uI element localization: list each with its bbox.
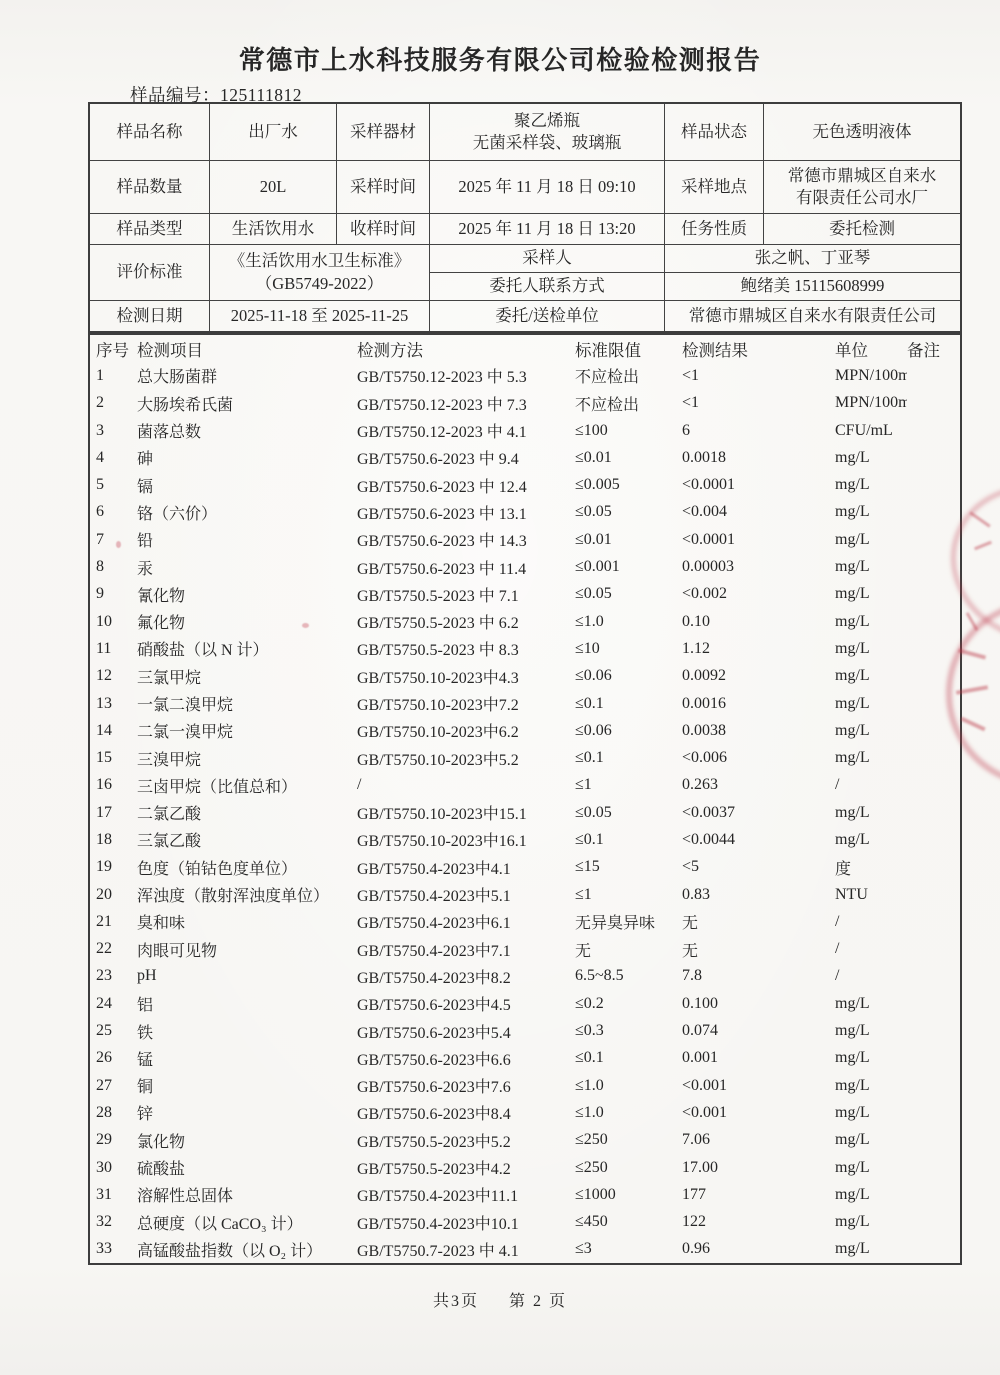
date-value: 2025-11-18 至 2025-11-25	[210, 301, 430, 331]
vessel-line2: 无菌采样袋、玻璃瓶	[473, 132, 622, 154]
col-item: 色度（铂钴色度单位）	[137, 856, 357, 879]
info-row-1: 样品名称 出厂水 采样器材 聚乙烯瓶 无菌采样袋、玻璃瓶 样品状态 无色透明液体	[90, 104, 960, 161]
col-method: GB/T5750.5-2023中5.2	[357, 1129, 575, 1152]
table-row: 4砷GB/T5750.6-2023 中 9.4≤0.010.0018mg/L	[90, 444, 960, 471]
col-result: <0.006	[682, 749, 835, 767]
table-row: 30硫酸盐GB/T5750.5-2023中4.2≤25017.00mg/L	[90, 1154, 960, 1181]
col-unit: mg/L	[835, 804, 907, 822]
col-index: 17	[90, 804, 137, 822]
location-line2: 有限责任公司水厂	[796, 187, 928, 209]
col-limit: 不应检出	[575, 392, 682, 415]
col-item: 三卤甲烷（比值总和）	[137, 774, 357, 797]
sampler-value: 张之帆、丁亚琴	[665, 245, 960, 273]
col-index: 26	[90, 1049, 137, 1067]
info-row-5: 检测日期 2025-11-18 至 2025-11-25 委托/送检单位 常德市…	[90, 301, 960, 331]
col-item: 高锰酸盐指数（以 O₂ 计）	[137, 1238, 357, 1261]
col-limit: ≤0.1	[575, 831, 682, 849]
col-limit: ≤250	[575, 1131, 682, 1149]
col-result: <1	[682, 394, 835, 412]
location-value: 常德市鼎城区自来水 有限责任公司水厂	[764, 161, 960, 214]
table-row: 11硝酸盐（以 N 计）GB/T5750.5-2023 中 8.3≤101.12…	[90, 635, 960, 662]
col-index: 21	[90, 913, 137, 931]
col-result: <0.0044	[682, 831, 835, 849]
col-result: 0.10	[682, 613, 835, 631]
table-row: 29氯化物GB/T5750.5-2023中5.2≤2507.06mg/L	[90, 1127, 960, 1154]
col-method: GB/T5750.6-2023 中 13.1	[357, 501, 575, 524]
col-method: GB/T5750.6-2023 中 11.4	[357, 556, 575, 579]
col-index: 18	[90, 831, 137, 849]
col-index: 22	[90, 940, 137, 958]
col-limit: ≤0.05	[575, 503, 682, 521]
stamp-mark	[969, 511, 990, 527]
table-row: 27铜GB/T5750.6-2023中7.6≤1.0<0.001mg/L	[90, 1072, 960, 1099]
header-item: 检测项目	[137, 337, 357, 361]
report-page: 常德市上水科技服务有限公司检验检测报告 样品编号：125111812 样品名称 …	[0, 0, 1000, 1375]
table-row: 24铝GB/T5750.6-2023中4.5≤0.20.100mg/L	[90, 990, 960, 1017]
col-index: 11	[90, 640, 137, 658]
report-title: 常德市上水科技服务有限公司检验检测报告	[0, 40, 1000, 77]
col-index: 29	[90, 1131, 137, 1149]
info-row-2: 样品数量 20L 采样时间 2025 年 11 月 18 日 09:10 采样地…	[90, 161, 960, 214]
col-item: 硫酸盐	[137, 1156, 357, 1179]
col-result: 0.263	[682, 776, 835, 794]
col-method: GB/T5750.12-2023 中 7.3	[357, 392, 575, 415]
col-item: 氟化物	[137, 610, 357, 633]
col-limit: ≤0.01	[575, 449, 682, 467]
col-limit: ≤0.001	[575, 558, 682, 576]
col-unit: MPN/100mL	[835, 367, 907, 385]
col-unit: mg/L	[835, 1077, 907, 1095]
table-row: 13一氯二溴甲烷GB/T5750.10-2023中7.2≤0.10.0016mg…	[90, 690, 960, 717]
client-label: 委托/送检单位	[430, 301, 665, 331]
col-result: 无	[682, 938, 835, 961]
col-method: GB/T5750.10-2023中15.1	[357, 801, 575, 824]
table-row: 32总硬度（以 CaCO₃ 计）GB/T5750.4-2023中10.1≤450…	[90, 1209, 960, 1236]
col-index: 15	[90, 749, 137, 767]
col-unit: mg/L	[835, 585, 907, 603]
col-item: 铜	[137, 1074, 357, 1097]
date-label: 检测日期	[90, 301, 210, 331]
stamp-mark	[966, 612, 979, 631]
col-result: <1	[682, 367, 835, 385]
col-unit: mg/L	[835, 476, 907, 494]
col-result: 0.96	[682, 1240, 835, 1258]
col-method: GB/T5750.4-2023中7.1	[357, 938, 575, 961]
col-limit: ≤450	[575, 1213, 682, 1231]
col-unit: mg/L	[835, 640, 907, 658]
table-row: 9氰化物GB/T5750.5-2023 中 7.1≤0.05<0.002mg/L	[90, 581, 960, 608]
col-item: 总硬度（以 CaCO₃ 计）	[137, 1211, 357, 1234]
col-limit: 无	[575, 938, 682, 961]
col-result: 17.00	[682, 1159, 835, 1177]
table-row: 31溶解性总固体GB/T5750.4-2023中11.1≤1000177mg/L	[90, 1181, 960, 1208]
col-item: 总大肠菌群	[137, 364, 357, 387]
table-row: 23pHGB/T5750.4-2023中8.26.5~8.57.8/	[90, 963, 960, 990]
col-limit: 无异臭异味	[575, 910, 682, 933]
table-row: 22肉眼可见物GB/T5750.4-2023中7.1无无/	[90, 936, 960, 963]
col-method: GB/T5750.4-2023中10.1	[357, 1211, 575, 1234]
col-method: GB/T5750.7-2023 中 4.1	[357, 1238, 575, 1261]
table-row: 12三氯甲烷GB/T5750.10-2023中4.3≤0.060.0092mg/…	[90, 663, 960, 690]
col-item: 氰化物	[137, 583, 357, 606]
col-limit: ≤1	[575, 886, 682, 904]
col-unit: mg/L	[835, 722, 907, 740]
col-result: <0.0037	[682, 804, 835, 822]
col-method: GB/T5750.10-2023中5.2	[357, 747, 575, 770]
col-unit: mg/L	[835, 1240, 907, 1258]
col-unit: mg/L	[835, 995, 907, 1013]
table-row: 16三卤甲烷（比值总和）/≤10.263/	[90, 772, 960, 799]
col-item: 铁	[137, 1020, 357, 1043]
col-limit: ≤0.06	[575, 667, 682, 685]
col-limit: ≤0.1	[575, 695, 682, 713]
col-limit: ≤15	[575, 858, 682, 876]
col-unit: mg/L	[835, 1022, 907, 1040]
col-unit: mg/L	[835, 1131, 907, 1149]
col-limit: 6.5~8.5	[575, 967, 682, 985]
col-unit: mg/L	[835, 1213, 907, 1231]
col-method: GB/T5750.4-2023中4.1	[357, 856, 575, 879]
col-item: 一氯二溴甲烷	[137, 692, 357, 715]
col-item: 镉	[137, 474, 357, 497]
col-method: GB/T5750.10-2023中16.1	[357, 828, 575, 851]
table-row: 18三氯乙酸GB/T5750.10-2023中16.1≤0.1<0.0044mg…	[90, 826, 960, 853]
col-limit: ≤0.1	[575, 1049, 682, 1067]
col-item: 铝	[137, 992, 357, 1015]
sample-name-label: 样品名称	[90, 104, 210, 161]
col-item: 锌	[137, 1101, 357, 1124]
sampling-time-label: 采样时间	[337, 161, 430, 214]
col-index: 27	[90, 1077, 137, 1095]
col-index: 20	[90, 886, 137, 904]
col-limit: ≤3	[575, 1240, 682, 1258]
table-row: 28锌GB/T5750.6-2023中8.4≤1.0<0.001mg/L	[90, 1099, 960, 1126]
col-method: GB/T5750.6-2023 中 9.4	[357, 446, 575, 469]
results-header-row: 序号 检测项目 检测方法 标准限值 检测结果 单位 备注	[90, 335, 960, 362]
col-result: 0.001	[682, 1049, 835, 1067]
col-result: <0.001	[682, 1077, 835, 1095]
col-result: 177	[682, 1186, 835, 1204]
table-row: 14二氯一溴甲烷GB/T5750.10-2023中6.2≤0.060.0038m…	[90, 717, 960, 744]
standard-line1: 《生活饮用水卫生标准》	[229, 250, 411, 272]
col-item: 汞	[137, 556, 357, 579]
vessel-line1: 聚乙烯瓶	[514, 110, 580, 132]
col-limit: ≤250	[575, 1159, 682, 1177]
location-line1: 常德市鼎城区自来水	[788, 165, 937, 187]
col-result: <0.001	[682, 1104, 835, 1122]
col-item: 大肠埃希氏菌	[137, 392, 357, 415]
stamp-mark	[974, 541, 992, 551]
col-result: 0.83	[682, 886, 835, 904]
col-method: GB/T5750.6-2023 中 14.3	[357, 528, 575, 551]
col-item: 肉眼可见物	[137, 938, 357, 961]
table-row: 1总大肠菌群GB/T5750.12-2023 中 5.3不应检出<1MPN/10…	[90, 362, 960, 389]
col-method: GB/T5750.5-2023 中 6.2	[357, 610, 575, 633]
col-index: 13	[90, 695, 137, 713]
col-limit: ≤1000	[575, 1186, 682, 1204]
col-method: GB/T5750.6-2023中4.5	[357, 992, 575, 1015]
col-limit: ≤100	[575, 422, 682, 440]
standard-line2: （GB5749-2022）	[256, 273, 383, 295]
col-result: 0.100	[682, 995, 835, 1013]
col-unit: mg/L	[835, 558, 907, 576]
col-method: GB/T5750.6-2023中6.6	[357, 1047, 575, 1070]
type-label: 样品类型	[90, 214, 210, 245]
col-index: 1	[90, 367, 137, 385]
col-index: 24	[90, 995, 137, 1013]
col-method: GB/T5750.4-2023中11.1	[357, 1183, 575, 1206]
col-method: GB/T5750.10-2023中7.2	[357, 692, 575, 715]
col-limit: ≤0.05	[575, 804, 682, 822]
col-unit: mg/L	[835, 695, 907, 713]
col-index: 2	[90, 394, 137, 412]
table-row: 17二氯乙酸GB/T5750.10-2023中15.1≤0.05<0.0037m…	[90, 799, 960, 826]
table-row: 15三溴甲烷GB/T5750.10-2023中5.2≤0.1<0.006mg/L	[90, 744, 960, 771]
col-unit: /	[835, 776, 907, 794]
col-index: 28	[90, 1104, 137, 1122]
sample-state-value: 无色透明液体	[764, 104, 960, 161]
table-row: 2大肠埃希氏菌GB/T5750.12-2023 中 7.3不应检出<1MPN/1…	[90, 390, 960, 417]
col-item: 铬（六价）	[137, 501, 357, 524]
table-row: 3菌落总数GB/T5750.12-2023 中 4.1≤1006CFU/mL	[90, 417, 960, 444]
col-method: GB/T5750.4-2023中6.1	[357, 910, 575, 933]
col-method: GB/T5750.5-2023 中 8.3	[357, 637, 575, 660]
col-item: 砷	[137, 446, 357, 469]
table-row: 8汞GB/T5750.6-2023 中 11.4≤0.0010.00003mg/…	[90, 553, 960, 580]
task-value: 委托检测	[764, 214, 960, 245]
col-item: pH	[137, 967, 357, 985]
col-item: 三氯甲烷	[137, 665, 357, 688]
contact-label: 委托人联系方式	[430, 273, 664, 301]
stamp-mark	[960, 717, 985, 732]
type-value: 生活饮用水	[210, 214, 337, 245]
vessel-label: 采样器材	[337, 104, 430, 161]
col-method: GB/T5750.4-2023中8.2	[357, 965, 575, 988]
col-result: <5	[682, 858, 835, 876]
col-index: 30	[90, 1159, 137, 1177]
table-row: 19色度（铂钴色度单位）GB/T5750.4-2023中4.1≤15<5度	[90, 854, 960, 881]
table-row: 20浑浊度（散射浑浊度单位）GB/T5750.4-2023中5.1≤10.83N…	[90, 881, 960, 908]
col-result: <0.0001	[682, 531, 835, 549]
header-limit: 标准限值	[575, 337, 682, 361]
col-index: 6	[90, 503, 137, 521]
table-row: 5镉GB/T5750.6-2023 中 12.4≤0.005<0.0001mg/…	[90, 471, 960, 498]
standard-value: 《生活饮用水卫生标准》 （GB5749-2022）	[210, 245, 430, 301]
col-unit: /	[835, 940, 907, 958]
col-result: <0.0001	[682, 476, 835, 494]
col-unit: mg/L	[835, 831, 907, 849]
col-index: 32	[90, 1213, 137, 1231]
col-item: 三溴甲烷	[137, 747, 357, 770]
col-unit: /	[835, 913, 907, 931]
col-result: 0.074	[682, 1022, 835, 1040]
col-result: 0.0016	[682, 695, 835, 713]
col-index: 33	[90, 1240, 137, 1258]
vessel-value: 聚乙烯瓶 无菌采样袋、玻璃瓶	[430, 104, 665, 161]
col-unit: mg/L	[835, 1159, 907, 1177]
col-method: GB/T5750.12-2023 中 5.3	[357, 364, 575, 387]
col-result: 无	[682, 910, 835, 933]
col-item: 二氯一溴甲烷	[137, 719, 357, 742]
col-index: 31	[90, 1186, 137, 1204]
col-result: 122	[682, 1213, 835, 1231]
col-result: 0.0092	[682, 667, 835, 685]
sample-info-table: 样品名称 出厂水 采样器材 聚乙烯瓶 无菌采样袋、玻璃瓶 样品状态 无色透明液体…	[88, 102, 962, 333]
col-unit: mg/L	[835, 749, 907, 767]
col-unit: mg/L	[835, 613, 907, 631]
col-limit: ≤10	[575, 640, 682, 658]
col-limit: ≤0.3	[575, 1022, 682, 1040]
qty-value: 20L	[210, 161, 337, 214]
info-row-3: 样品类型 生活饮用水 收样时间 2025 年 11 月 18 日 13:20 任…	[90, 214, 960, 245]
col-index: 8	[90, 558, 137, 576]
col-item: 硝酸盐（以 N 计）	[137, 637, 357, 660]
table-row: 6铬（六价）GB/T5750.6-2023 中 13.1≤0.05<0.004m…	[90, 499, 960, 526]
col-limit: ≤1.0	[575, 1104, 682, 1122]
col-index: 9	[90, 585, 137, 603]
col-index: 10	[90, 613, 137, 631]
col-index: 4	[90, 449, 137, 467]
client-value: 常德市鼎城区自来水有限责任公司	[665, 301, 960, 331]
standard-label: 评价标准	[90, 245, 210, 301]
task-label: 任务性质	[665, 214, 764, 245]
sampler-contact-values: 张之帆、丁亚琴 鲍绪美 15115608999	[665, 245, 960, 301]
col-limit: ≤0.1	[575, 749, 682, 767]
col-result: 0.0038	[682, 722, 835, 740]
col-limit: ≤0.01	[575, 531, 682, 549]
sampler-contact-labels: 采样人 委托人联系方式	[430, 245, 665, 301]
col-item: 菌落总数	[137, 419, 357, 442]
col-index: 16	[90, 776, 137, 794]
table-row: 25铁GB/T5750.6-2023中5.4≤0.30.074mg/L	[90, 1017, 960, 1044]
col-method: GB/T5750.10-2023中4.3	[357, 665, 575, 688]
col-method: GB/T5750.5-2023 中 7.1	[357, 583, 575, 606]
qty-label: 样品数量	[90, 161, 210, 214]
col-index: 19	[90, 858, 137, 876]
table-row: 7铅GB/T5750.6-2023 中 14.3≤0.01<0.0001mg/L	[90, 526, 960, 553]
col-limit: ≤0.005	[575, 476, 682, 494]
table-row: 33高锰酸盐指数（以 O₂ 计）GB/T5750.7-2023 中 4.1≤30…	[90, 1236, 960, 1263]
col-method: GB/T5750.6-2023 中 12.4	[357, 474, 575, 497]
col-item: 氯化物	[137, 1129, 357, 1152]
col-method: GB/T5750.12-2023 中 4.1	[357, 419, 575, 442]
col-limit: ≤1	[575, 776, 682, 794]
col-unit: 度	[835, 856, 907, 879]
col-unit: mg/L	[835, 1049, 907, 1067]
col-result: 7.06	[682, 1131, 835, 1149]
col-item: 铅	[137, 528, 357, 551]
total-pages: 共3页	[433, 1293, 479, 1310]
stamp-mark	[958, 648, 986, 659]
col-item: 二氯乙酸	[137, 801, 357, 824]
receive-time-value: 2025 年 11 月 18 日 13:20	[430, 214, 665, 245]
col-result: <0.004	[682, 503, 835, 521]
col-unit: mg/L	[835, 667, 907, 685]
col-result: 0.00003	[682, 558, 835, 576]
col-unit: mg/L	[835, 1186, 907, 1204]
header-method: 检测方法	[357, 337, 575, 361]
header-unit: 单位	[835, 337, 907, 361]
col-index: 25	[90, 1022, 137, 1040]
sampling-time-value: 2025 年 11 月 18 日 09:10	[430, 161, 665, 214]
sample-state-label: 样品状态	[665, 104, 764, 161]
col-method: GB/T5750.5-2023中4.2	[357, 1156, 575, 1179]
col-limit: ≤1.0	[575, 1077, 682, 1095]
col-item: 锰	[137, 1047, 357, 1070]
current-page: 第 2 页	[509, 1293, 567, 1310]
col-result: 7.8	[682, 967, 835, 985]
page-footer: 共3页 第 2 页	[0, 1288, 1000, 1311]
table-row: 26锰GB/T5750.6-2023中6.6≤0.10.001mg/L	[90, 1045, 960, 1072]
col-item: 臭和味	[137, 910, 357, 933]
col-item: 浑浊度（散射浑浊度单位）	[137, 883, 357, 906]
col-index: 5	[90, 476, 137, 494]
col-index: 14	[90, 722, 137, 740]
col-unit: /	[835, 967, 907, 985]
col-item: 溶解性总固体	[137, 1183, 357, 1206]
col-limit: ≤0.06	[575, 722, 682, 740]
col-unit: NTU	[835, 886, 907, 904]
results-table: 序号 检测项目 检测方法 标准限值 检测结果 单位 备注 1总大肠菌群GB/T5…	[88, 333, 962, 1265]
col-limit: ≤0.2	[575, 995, 682, 1013]
col-method: GB/T5750.6-2023中8.4	[357, 1101, 575, 1124]
col-unit: CFU/mL	[835, 422, 907, 440]
col-limit: ≤0.05	[575, 585, 682, 603]
col-result: <0.002	[682, 585, 835, 603]
col-unit: mg/L	[835, 503, 907, 521]
col-index: 12	[90, 667, 137, 685]
col-unit: MPN/100mL	[835, 394, 907, 412]
col-method: GB/T5750.4-2023中5.1	[357, 883, 575, 906]
contact-value: 鲍绪美 15115608999	[665, 273, 960, 301]
location-label: 采样地点	[665, 161, 764, 214]
col-limit: 不应检出	[575, 364, 682, 387]
col-result: 0.0018	[682, 449, 835, 467]
col-method: GB/T5750.6-2023中7.6	[357, 1074, 575, 1097]
col-index: 7	[90, 531, 137, 549]
col-limit: ≤1.0	[575, 613, 682, 631]
col-item: 三氯乙酸	[137, 828, 357, 851]
col-unit: mg/L	[835, 531, 907, 549]
results-body: 1总大肠菌群GB/T5750.12-2023 中 5.3不应检出<1MPN/10…	[90, 362, 960, 1263]
info-row-4: 评价标准 《生活饮用水卫生标准》 （GB5749-2022） 采样人 委托人联系…	[90, 245, 960, 301]
col-method: GB/T5750.6-2023中5.4	[357, 1020, 575, 1043]
sample-name-value: 出厂水	[210, 104, 337, 161]
header-index: 序号	[90, 337, 137, 361]
col-index: 3	[90, 422, 137, 440]
col-result: 1.12	[682, 640, 835, 658]
receive-time-label: 收样时间	[337, 214, 430, 245]
col-result: 6	[682, 422, 835, 440]
col-unit: mg/L	[835, 449, 907, 467]
col-index: 23	[90, 967, 137, 985]
table-row: 21臭和味GB/T5750.4-2023中6.1无异臭异味无/	[90, 908, 960, 935]
sampler-label: 采样人	[430, 245, 664, 273]
table-row: 10氟化物GB/T5750.5-2023 中 6.2≤1.00.10mg/L	[90, 608, 960, 635]
header-note: 备注	[907, 337, 960, 361]
header-result: 检测结果	[682, 337, 835, 361]
col-method: GB/T5750.10-2023中6.2	[357, 719, 575, 742]
col-unit: mg/L	[835, 1104, 907, 1122]
col-method: /	[357, 776, 575, 794]
